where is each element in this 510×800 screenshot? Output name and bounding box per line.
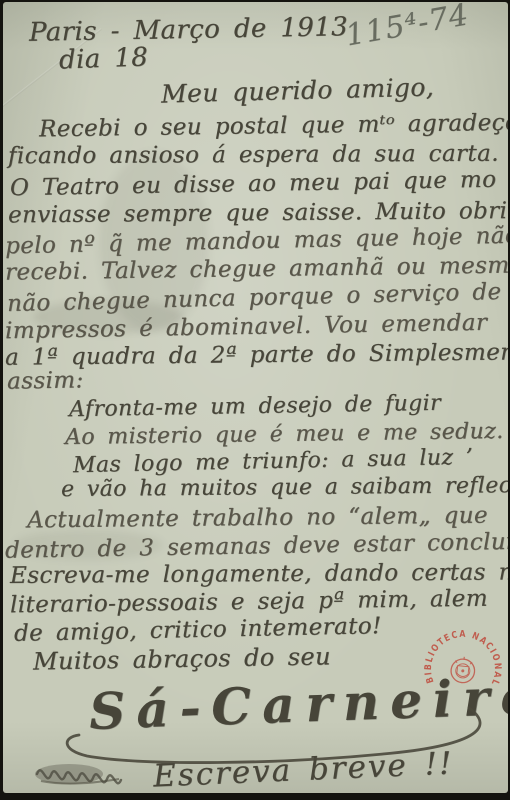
letter-line: Escreva-me longamente, dando certas nova… <box>10 559 508 589</box>
letter-line: a 1ª quadra da 2ª parte do Simplesmente <box>5 339 508 371</box>
letter-line: literario-pessoais e seja pª mim, alem <box>10 586 488 619</box>
verse-line: Afronta-me um desejo de fugir <box>69 391 441 422</box>
day-line: dia 18 <box>59 42 149 75</box>
scanned-letter-photo: { "letter": { "catalog_number": "115⁴-74… <box>0 0 510 800</box>
stamp-emblem <box>450 656 476 684</box>
scribble-mark <box>35 764 121 784</box>
closing-line: Muitos abraços do seu <box>33 642 331 675</box>
letter-line: assim: <box>7 367 84 394</box>
library-stamp: BIBLIOTECA NACIONAL <box>411 617 508 720</box>
salutation-line: Meu querido amigo, <box>161 72 435 108</box>
letter-line: Actualmente trabalho no “alem„ que <box>27 503 488 534</box>
catalog-number: 115⁴-74 <box>343 2 472 54</box>
letter-line: Recebi o seu postal que mᵗᵒ agradeço, <box>39 110 508 143</box>
verse-line: e vão ha muitos que a saibam reflectir. <box>61 473 508 502</box>
postcard-paper: Paris - Março de 1913 dia 18 115⁴-74 Meu… <box>3 2 508 793</box>
letter-line: ficando ansioso á espera da sua carta. <box>8 141 499 170</box>
postscript-line: Escreva breve !! <box>152 745 454 793</box>
dateline: Paris - Março de 1913 <box>29 12 349 48</box>
letter-line: O Teatro eu disse ao meu pai que mo <box>10 167 497 201</box>
